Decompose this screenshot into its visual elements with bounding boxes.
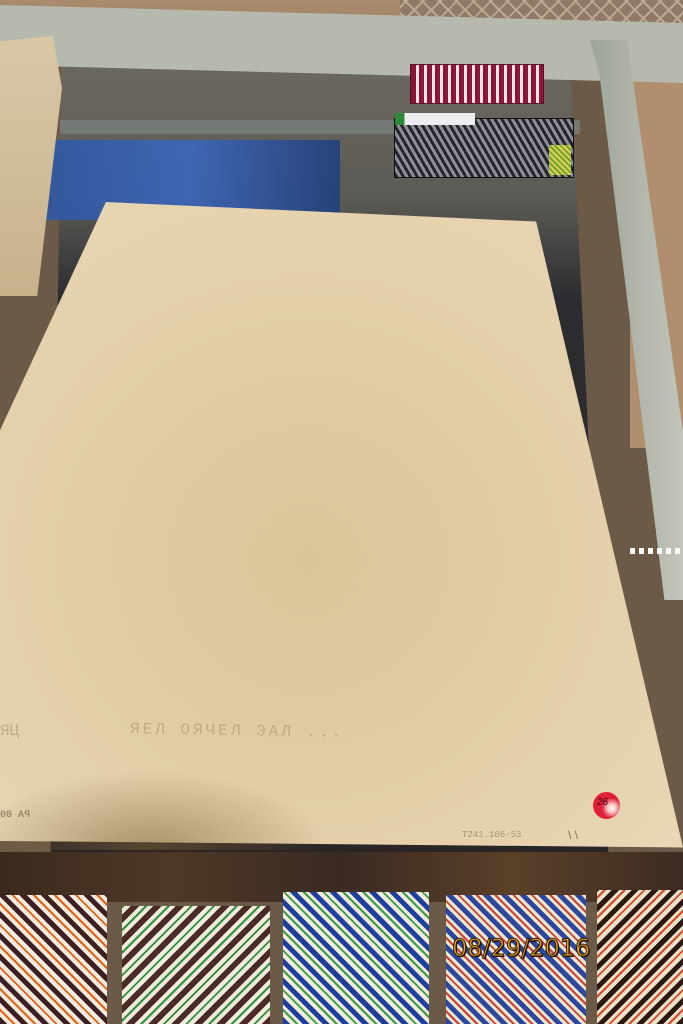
led-strip-reflection xyxy=(630,548,683,554)
textile-sample-grey xyxy=(394,118,574,178)
red-dot-sticker: 26 xyxy=(593,792,620,819)
textile-sample-crimson xyxy=(410,64,544,104)
textile-sample-metallic-patch xyxy=(549,145,571,175)
camera-date-stamp: 08/29/2016 xyxy=(452,934,590,962)
sticker-label: 26 xyxy=(597,797,608,808)
pencil-marks: \ \ xyxy=(568,828,578,842)
chevron-panel-1 xyxy=(0,895,107,1024)
stacked-papers-left xyxy=(0,36,62,296)
chevron-panel-3 xyxy=(283,892,429,1024)
sheet-faint-text-left: ЯЦ xyxy=(0,722,19,740)
chevron-panel-2 xyxy=(122,906,270,1024)
chevron-panel-5 xyxy=(597,890,683,1024)
inventory-number: T241.106-53 xyxy=(462,830,521,840)
textile-sample-flag-strip xyxy=(395,113,475,125)
sheet-faint-text: ЯЕЛ ОЯЧЕЛ ЭАЛ ... xyxy=(130,720,345,742)
sheet-mirror-label: PA 00 xyxy=(0,810,30,821)
sheet-shadow xyxy=(0,770,330,850)
